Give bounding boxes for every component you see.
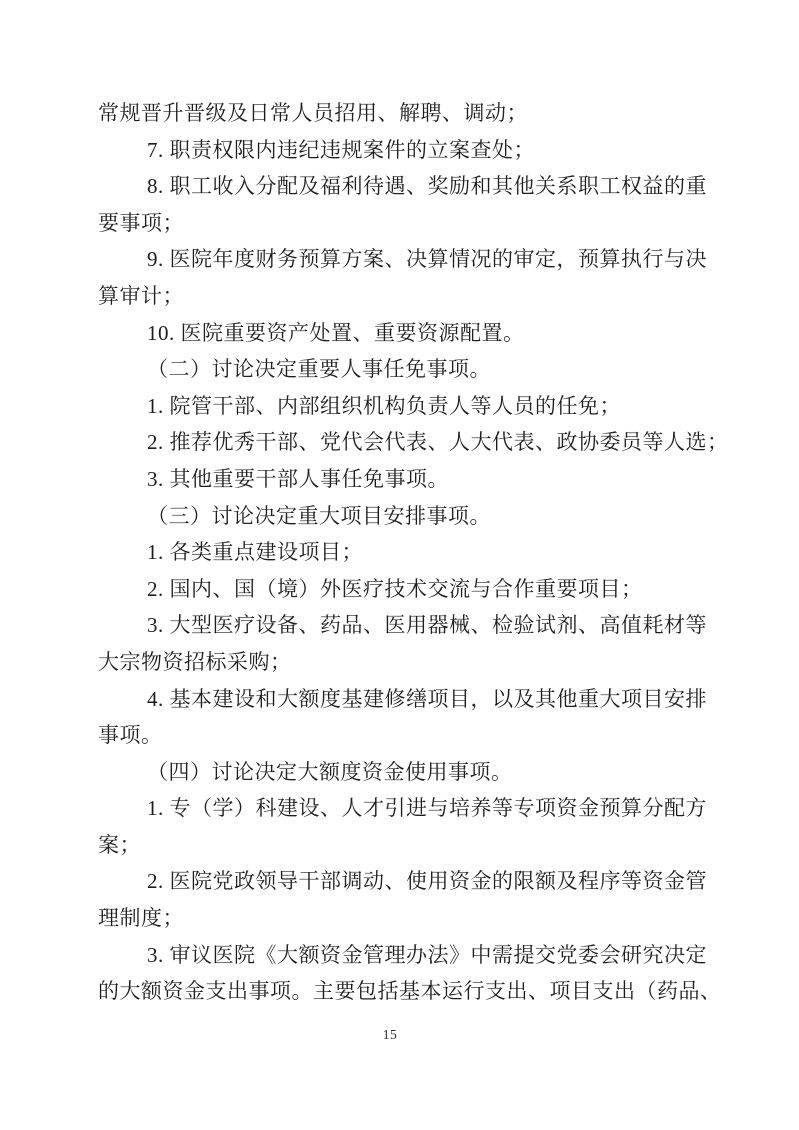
text-line: 2. 推荐优秀干部、党代会代表、人大代表、政协委员等人选； <box>98 424 698 461</box>
text-line: 4. 基本建设和大额度基建修缮项目，以及其他重大项目安排 <box>98 681 698 718</box>
document-page: 常规晋升晋级及日常人员招用、解聘、调动；7. 职责权限内违纪违规案件的立案查处；… <box>0 0 799 1130</box>
text-line: 案； <box>98 827 698 864</box>
text-line: 2. 医院党政领导干部调动、使用资金的限额及程序等资金管 <box>98 863 698 900</box>
paragraph: （二）讨论决定重要人事任免事项。 <box>98 351 698 388</box>
text-line: （三）讨论决定重大项目安排事项。 <box>98 498 698 535</box>
paragraph: 1. 院管干部、内部组织机构负责人等人员的任免； <box>98 388 698 425</box>
paragraph: 9. 医院年度财务预算方案、决算情况的审定，预算执行与决算审计； <box>98 241 698 314</box>
text-line: 理制度； <box>98 900 698 937</box>
text-line: 的大额资金支出事项。主要包括基本运行支出、项目支出（药品、 <box>98 973 698 1010</box>
paragraph: 10. 医院重要资产处置、重要资源配置。 <box>98 315 698 352</box>
text-line: 3. 审议医院《大额资金管理办法》中需提交党委会研究决定 <box>98 937 698 974</box>
paragraph: 8. 职工收入分配及福利待遇、奖励和其他关系职工权益的重要事项； <box>98 168 698 241</box>
paragraph: 7. 职责权限内违纪违规案件的立案查处； <box>98 132 698 169</box>
paragraph: 4. 基本建设和大额度基建修缮项目，以及其他重大项目安排事项。 <box>98 681 698 754</box>
text-line: 3. 其他重要干部人事任免事项。 <box>98 461 698 498</box>
text-line: 10. 医院重要资产处置、重要资源配置。 <box>98 315 698 352</box>
text-line: 2. 国内、国（境）外医疗技术交流与合作重要项目； <box>98 571 698 608</box>
paragraph: 常规晋升晋级及日常人员招用、解聘、调动； <box>98 95 698 132</box>
paragraph: 3. 其他重要干部人事任免事项。 <box>98 461 698 498</box>
text-line: （四）讨论决定大额度资金使用事项。 <box>98 754 698 791</box>
text-line: 算审计； <box>98 278 698 315</box>
paragraph: （三）讨论决定重大项目安排事项。 <box>98 498 698 535</box>
paragraph: 1. 专（学）科建设、人才引进与培养等专项资金预算分配方案； <box>98 790 698 863</box>
text-line: （二）讨论决定重要人事任免事项。 <box>98 351 698 388</box>
paragraph: 1. 各类重点建设项目； <box>98 534 698 571</box>
paragraph: （四）讨论决定大额度资金使用事项。 <box>98 754 698 791</box>
paragraph: 3. 大型医疗设备、药品、医用器械、检验试剂、高值耗材等大宗物资招标采购； <box>98 607 698 680</box>
text-line: 3. 大型医疗设备、药品、医用器械、检验试剂、高值耗材等 <box>98 607 698 644</box>
paragraph: 2. 医院党政领导干部调动、使用资金的限额及程序等资金管理制度； <box>98 863 698 936</box>
paragraph: 3. 审议医院《大额资金管理办法》中需提交党委会研究决定的大额资金支出事项。主要… <box>98 937 698 1010</box>
text-line: 1. 院管干部、内部组织机构负责人等人员的任免； <box>98 388 698 425</box>
paragraph: 2. 国内、国（境）外医疗技术交流与合作重要项目； <box>98 571 698 608</box>
text-line: 事项。 <box>98 717 698 754</box>
text-line: 常规晋升晋级及日常人员招用、解聘、调动； <box>98 95 698 132</box>
text-line: 要事项； <box>98 205 698 242</box>
text-line: 大宗物资招标采购； <box>98 644 698 681</box>
text-line: 1. 各类重点建设项目； <box>98 534 698 571</box>
text-line: 7. 职责权限内违纪违规案件的立案查处； <box>98 132 698 169</box>
paragraph: 2. 推荐优秀干部、党代会代表、人大代表、政协委员等人选； <box>98 424 698 461</box>
text-line: 1. 专（学）科建设、人才引进与培养等专项资金预算分配方 <box>98 790 698 827</box>
text-line: 8. 职工收入分配及福利待遇、奖励和其他关系职工权益的重 <box>98 168 698 205</box>
text-line: 9. 医院年度财务预算方案、决算情况的审定，预算执行与决 <box>98 241 698 278</box>
document-body: 常规晋升晋级及日常人员招用、解聘、调动；7. 职责权限内违纪违规案件的立案查处；… <box>98 95 698 1010</box>
page-number: 15 <box>0 1027 780 1043</box>
